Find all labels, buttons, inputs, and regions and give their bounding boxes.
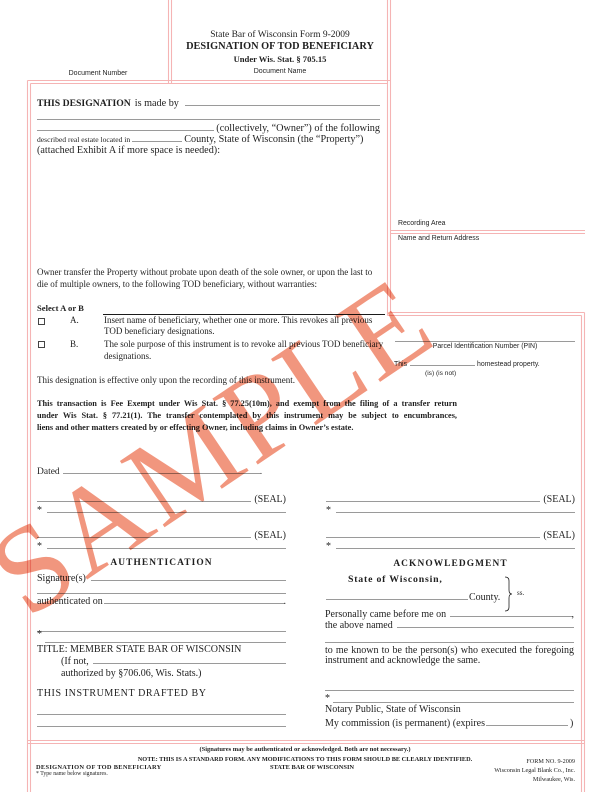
dated-row: Dated .	[37, 466, 262, 478]
option-b-letter: B.	[70, 338, 78, 350]
form-page: Document Number State Bar of Wisconsin F…	[0, 0, 612, 792]
state-label: State of Wisconsin,	[348, 574, 443, 586]
authenticator-typed-name-field[interactable]	[45, 642, 286, 643]
footer-form-number: FORM NO. 9-2009	[420, 757, 575, 766]
page-title: DESIGNATION OF TOD BENEFICIARY	[170, 41, 390, 53]
option-b-checkbox[interactable]	[38, 341, 45, 348]
dated-label: Dated	[37, 466, 60, 478]
notary-label: Notary Public, State of Wisconsin	[325, 704, 461, 716]
right-typed-name-2-field[interactable]	[336, 548, 575, 549]
right-signature-1-field[interactable]	[326, 501, 540, 502]
form-number-line: State Bar of Wisconsin Form 9-2009	[170, 29, 390, 41]
authentication-signature-field-line-2[interactable]	[37, 593, 286, 594]
if-not-label: (If not,	[61, 656, 89, 668]
drafted-by-field-2[interactable]	[37, 726, 286, 727]
type-name-note: * Type name below signatures.	[36, 770, 108, 779]
county-label: County.	[469, 592, 500, 604]
commission-expires-field[interactable]	[486, 725, 568, 726]
right-typed-name-row-2: *	[326, 541, 575, 553]
owner-collective-row: (collectively, “Owner”) of the following	[37, 123, 380, 135]
footer-city: Milwaukee, Wis.	[420, 775, 575, 784]
right-typed-name-1-field[interactable]	[336, 512, 575, 513]
authorized-by-label: authorized by §706.06, Wis. Stats.)	[61, 668, 202, 680]
above-named-field[interactable]	[397, 627, 574, 628]
owner-name-field-line-3[interactable]	[37, 130, 214, 131]
select-label: Select A or B	[37, 302, 84, 314]
came-before-comma: ,	[572, 609, 575, 621]
asterisk: *	[37, 541, 42, 553]
above-named-field-line-2[interactable]	[325, 642, 574, 643]
dated-period: .	[260, 466, 262, 478]
county-field[interactable]	[132, 141, 182, 142]
left-typed-name-row-2: *	[37, 541, 286, 553]
owner-collective-label: (collectively, “Owner”) of the following	[216, 123, 380, 135]
authentication-signature-field[interactable]	[91, 580, 286, 581]
left-signature-2-field[interactable]	[37, 537, 251, 538]
homestead-status-field[interactable]	[410, 365, 475, 366]
return-address-label: Name and Return Address	[398, 234, 479, 244]
authentication-signature-row: Signature(s)	[37, 573, 286, 585]
authenticated-on-field[interactable]	[104, 603, 284, 604]
effective-note: This designation is effective only upon …	[37, 374, 295, 386]
homestead-prefix: This	[394, 360, 407, 370]
came-before-date-field[interactable]	[450, 616, 571, 617]
date-field[interactable]	[63, 473, 260, 474]
document-number-label: Document Number	[38, 69, 158, 79]
option-b-text-line-1: The sole purpose of this instrument is t…	[104, 338, 383, 350]
drafted-by-field-1[interactable]	[37, 714, 286, 715]
transfer-text-line-2: die of multiple owners, to the following…	[37, 278, 317, 290]
asterisk: *	[326, 505, 331, 517]
authenticated-on-label: authenticated on	[37, 596, 103, 608]
option-a-checkbox[interactable]	[38, 318, 45, 325]
recording-area-label: Recording Area	[398, 219, 446, 229]
option-a-letter: A.	[70, 314, 79, 326]
authenticated-on-row: authenticated on .	[37, 596, 286, 608]
authenticator-signature-field[interactable]	[37, 631, 286, 632]
right-signature-2-field[interactable]	[326, 537, 540, 538]
came-before-label: Personally came before me on	[325, 609, 446, 621]
authenticator-title: TITLE: MEMBER STATE BAR OF WISCONSIN	[37, 644, 241, 656]
authenticated-period: .	[284, 596, 287, 608]
left-typed-name-2-field[interactable]	[47, 548, 286, 549]
above-named-row: the above named	[325, 620, 574, 632]
asterisk: *	[326, 541, 331, 553]
if-not-row: (If not,	[61, 656, 286, 668]
ack-county-field[interactable]	[326, 599, 468, 600]
authentication-heading: AUTHENTICATION	[37, 557, 286, 569]
pin-label: Parcel Identification Number (PIN)	[395, 342, 575, 352]
document-name-label: Document Name	[170, 67, 390, 77]
designation-made-by-row: THIS DESIGNATION is made by	[37, 98, 380, 110]
county-row: County.	[326, 592, 500, 604]
homestead-options-label: (is) (is not)	[425, 369, 456, 379]
drafted-by-label: THIS INSTRUMENT DRAFTED BY	[37, 688, 207, 700]
alternate-title-field[interactable]	[93, 663, 286, 664]
homestead-suffix: homestead property.	[477, 360, 540, 370]
ss-label: ss.	[517, 588, 524, 598]
left-typed-name-1-field[interactable]	[47, 512, 286, 513]
fee-exempt-line-1: This transaction is Fee Exempt under Wis…	[37, 398, 457, 410]
left-signature-1-field[interactable]	[37, 501, 251, 502]
fee-exempt-line-3: liens and other matters created by or ef…	[37, 422, 353, 434]
transfer-text-line-1: Owner transfer the Property without prob…	[37, 266, 372, 278]
fee-exempt-line-2: under Wis Stat. § 77.21(1). The transfer…	[37, 410, 457, 422]
asterisk: *	[37, 629, 42, 641]
owner-name-field[interactable]	[185, 105, 380, 106]
acknowledgment-heading: ACKNOWLEDGMENT	[326, 558, 575, 570]
commission-label: My commission (is permanent) (expires	[325, 718, 485, 730]
owner-name-field-line-2[interactable]	[37, 119, 380, 120]
commission-row: My commission (is permanent) (expires )	[325, 718, 573, 730]
known-text-line-2: instrument and acknowledge the same.	[325, 655, 480, 667]
left-typed-name-row-1: *	[37, 505, 286, 517]
made-by-label: is made by	[135, 98, 179, 110]
signatures-label: Signature(s)	[37, 573, 86, 585]
exhibit-note: (attached Exhibit A if more space is nee…	[37, 145, 220, 157]
asterisk: *	[37, 505, 42, 517]
notary-signature-field[interactable]	[325, 690, 574, 691]
signatures-note: (Signatures may be authenticated or ackn…	[110, 745, 500, 754]
option-a-text-line-2: TOD beneficiary designations.	[104, 325, 215, 337]
commission-close: )	[570, 718, 573, 730]
came-before-row: Personally came before me on ,	[325, 609, 574, 621]
option-b-text-line-2: designations.	[104, 350, 151, 362]
above-named-label: the above named	[325, 620, 393, 632]
statute-reference: Under Wis. Stat. § 705.15	[170, 53, 390, 65]
designation-lead: THIS DESIGNATION	[37, 98, 131, 110]
homestead-row: This homestead property.	[394, 360, 540, 370]
right-typed-name-row-1: *	[326, 505, 575, 517]
